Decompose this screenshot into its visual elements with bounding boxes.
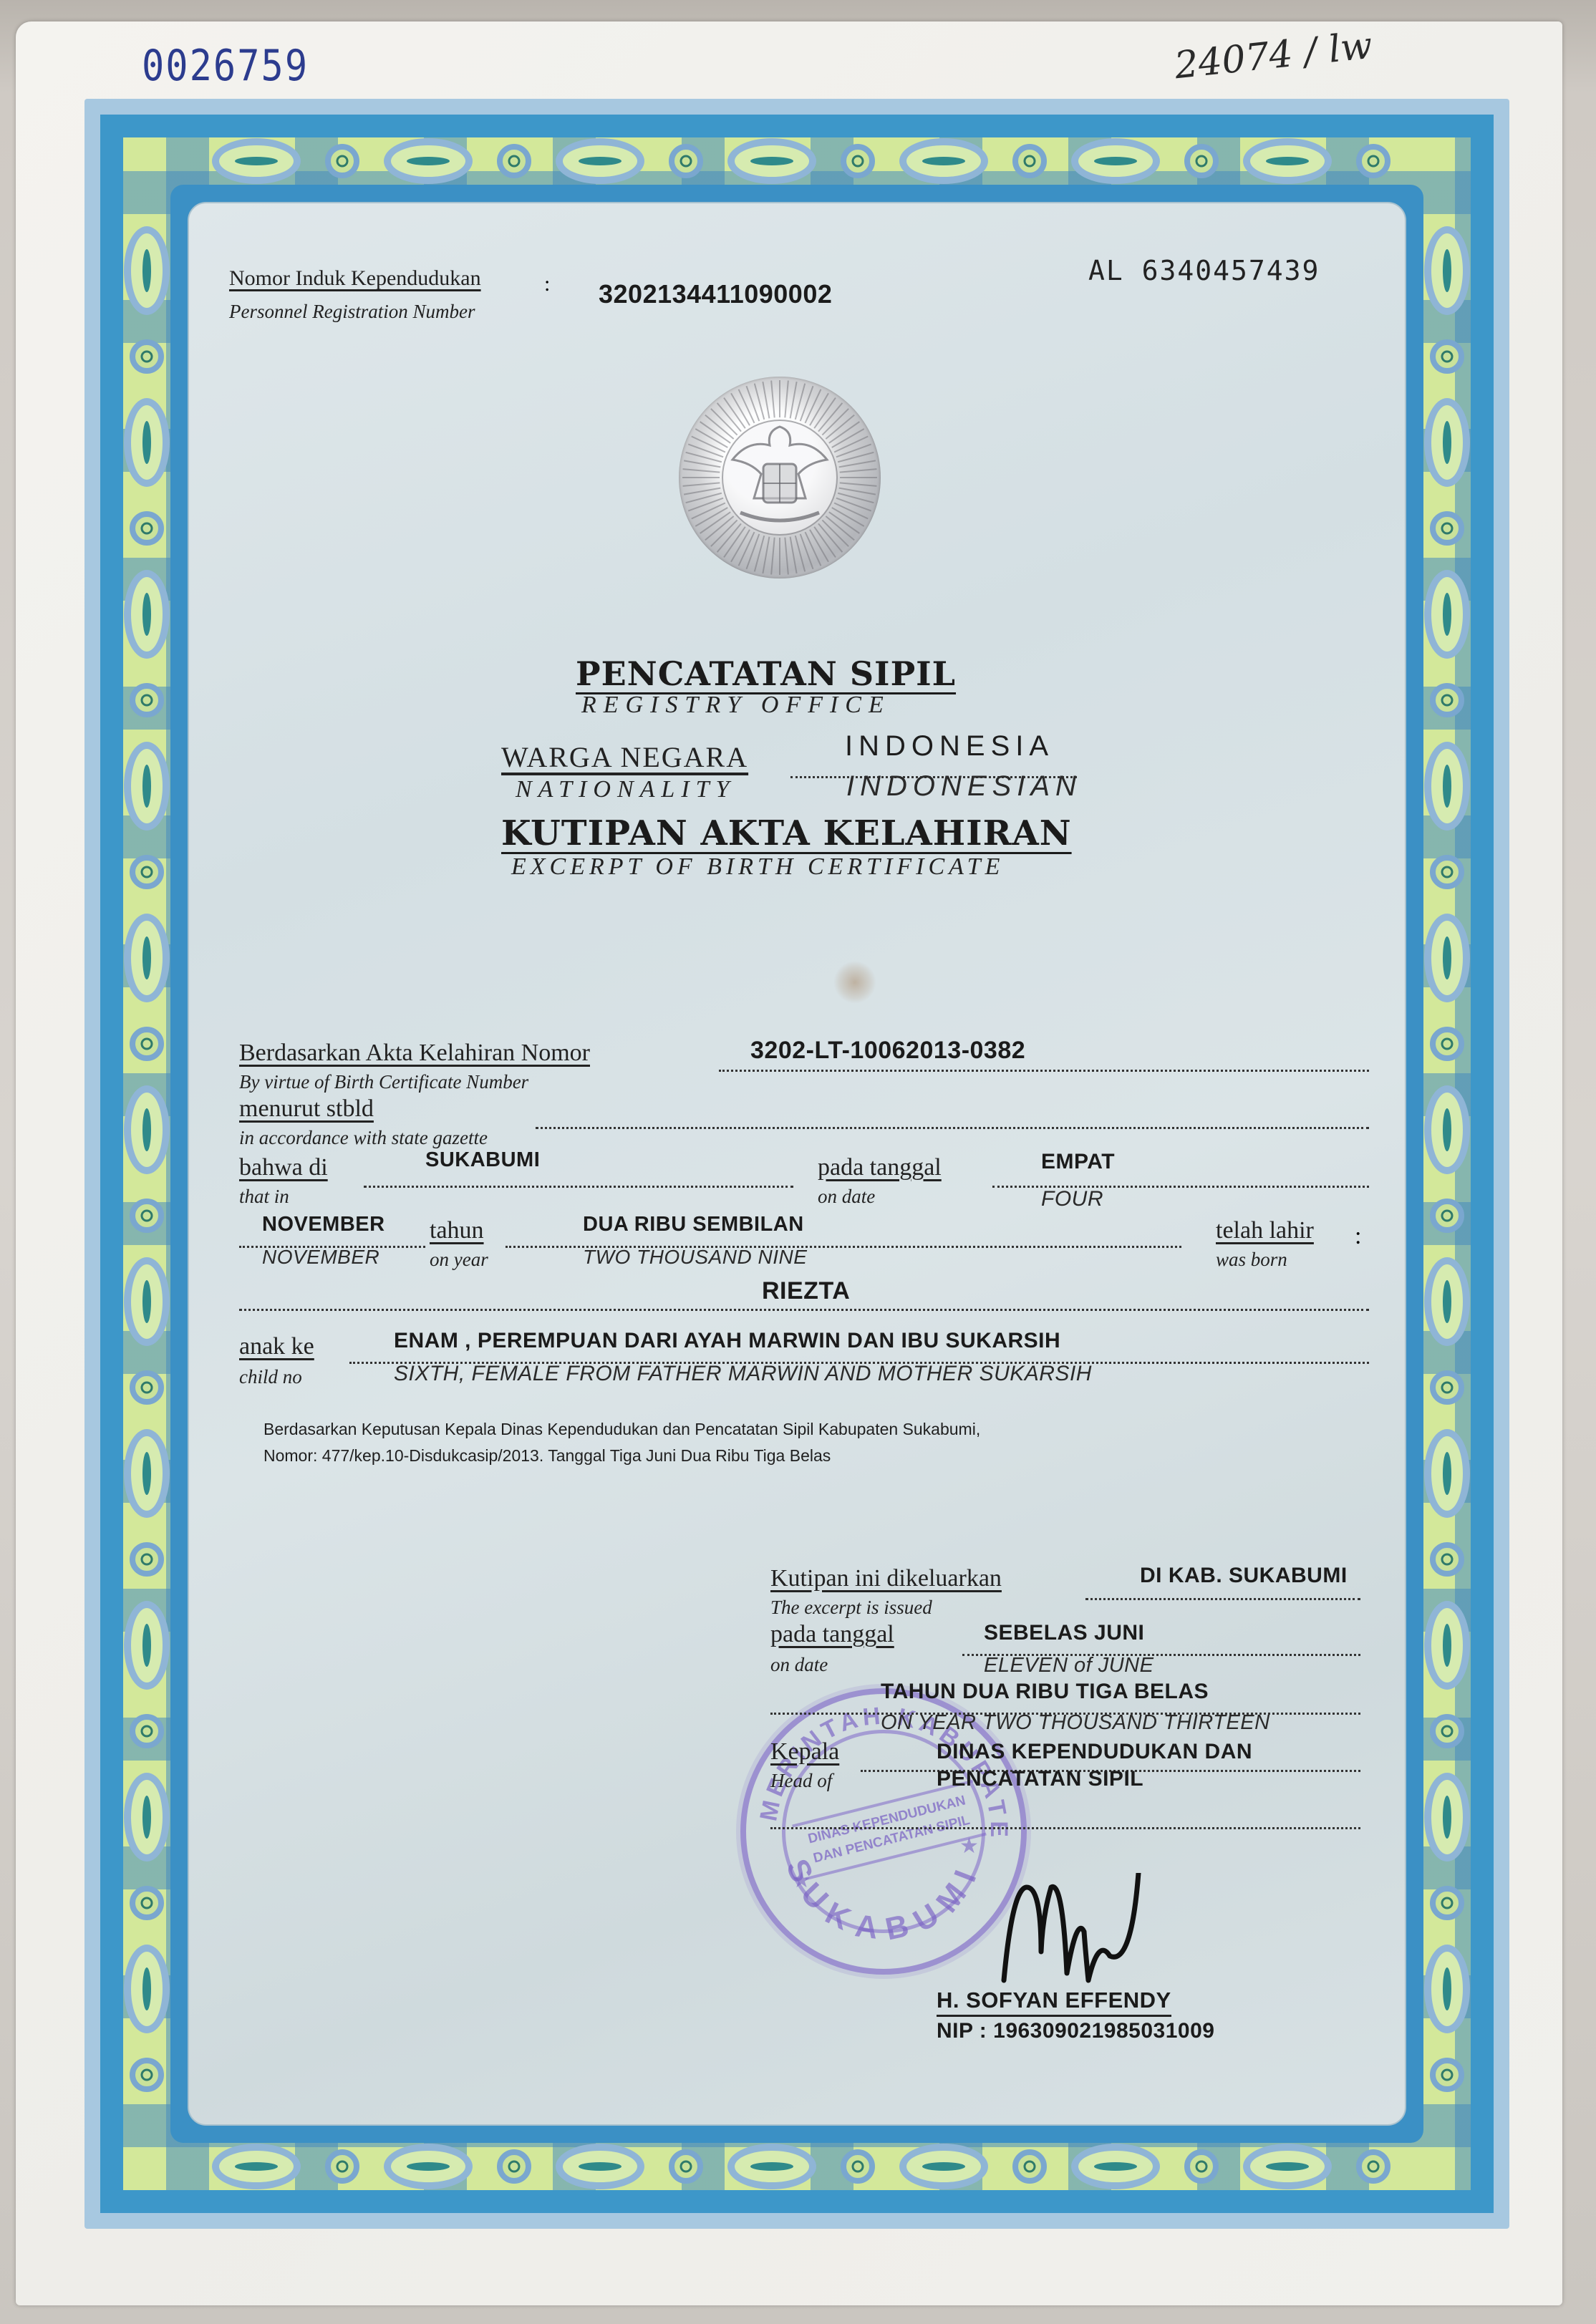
decree-line-2: Nomor: 477/kep.10-Disdukcasip/2013. Tang…	[263, 1443, 980, 1469]
child-no-value: ENAM , PEREMPUAN DARI AYAH MARWIN DAN IB…	[394, 1329, 1060, 1353]
nationality-label: WARGA NEGARA	[501, 740, 748, 774]
issued-value: DI KAB. SUKABUMI	[1140, 1564, 1348, 1588]
head-value-line-2: PENCATATAN SIPIL	[937, 1767, 1143, 1791]
nationality-value: INDONESIA	[845, 730, 1054, 762]
cert-number-label-en: By virtue of Birth Certificate Number	[239, 1071, 528, 1093]
birth-date-value: EMPAT	[1041, 1150, 1115, 1174]
nik-value: 3202134411090002	[599, 279, 832, 309]
child-name: RIEZTA	[762, 1277, 850, 1305]
decree-line-1: Berdasarkan Keputusan Kepala Dinas Kepen…	[263, 1416, 980, 1443]
child-no-label-en: child no	[239, 1366, 302, 1388]
birth-place-dotted-line	[364, 1186, 793, 1188]
was-born-colon: :	[1355, 1223, 1361, 1250]
cert-number-label: Berdasarkan Akta Kelahiran Nomor	[239, 1040, 590, 1067]
birth-date-label: pada tanggal	[818, 1154, 942, 1181]
birth-year-value: DUA RIBU SEMBILAN	[583, 1213, 804, 1236]
issued-dotted-line	[1085, 1598, 1360, 1600]
nationality-label-en: NATIONALITY	[516, 776, 735, 803]
head-value-line-1: DINAS KEPENDUDUKAN DAN	[937, 1740, 1252, 1764]
issue-date-value: SEBELAS JUNI	[984, 1621, 1144, 1645]
birth-year-label-en: on year	[430, 1249, 488, 1271]
child-no-value-en: SIXTH, FEMALE FROM FATHER MARWIN AND MOT…	[394, 1362, 1092, 1386]
head-label-en: Head of	[770, 1770, 832, 1792]
birth-year-value-en: TWO THOUSAND NINE	[583, 1246, 807, 1269]
birth-month-value-en: NOVEMBER	[262, 1246, 379, 1269]
signature-icon	[998, 1873, 1156, 1995]
office-title-en: REGISTRY OFFICE	[581, 692, 891, 719]
issue-date-value-en: ELEVEN of JUNE	[984, 1654, 1154, 1677]
stbld-label-en: in accordance with state gazette	[239, 1127, 488, 1149]
issue-year-value: TAHUN DUA RIBU TIGA BELAS	[881, 1680, 1209, 1704]
issued-label: Kutipan ini dikeluarkan	[770, 1565, 1002, 1592]
issue-date-label: pada tanggal	[770, 1621, 894, 1648]
nik-colon: :	[544, 272, 550, 296]
was-born-label-en: was born	[1216, 1249, 1287, 1271]
paper-stain	[833, 961, 876, 1004]
garuda-emblem-icon	[679, 377, 881, 578]
issue-date-label-en: on date	[770, 1654, 828, 1676]
form-code: AL 6340457439	[1088, 255, 1320, 286]
issue-year-value-en: ON YEAR TWO THOUSAND THIRTEEN	[881, 1711, 1270, 1735]
signatory-name: H. SOFYAN EFFENDY	[937, 1987, 1171, 2017]
cert-number-dotted-line	[719, 1070, 1369, 1072]
nik-label-en: Personnel Registration Number	[229, 301, 475, 323]
birth-month-value: NOVEMBER	[262, 1213, 385, 1236]
nik-label: Nomor Induk Kependudukan	[229, 266, 481, 291]
certificate-title: KUTIPAN AKTA KELAHIRAN	[501, 813, 1072, 853]
birth-date-label-en: on date	[818, 1186, 875, 1208]
stbld-dotted-line	[536, 1127, 1369, 1129]
birth-place-label-en: that in	[239, 1186, 289, 1208]
child-no-label: anak ke	[239, 1333, 314, 1360]
decree-text: Berdasarkan Keputusan Kepala Dinas Kepen…	[263, 1416, 980, 1469]
nationality-value-en: INDONESIAN	[846, 770, 1082, 803]
child-name-dotted-line	[239, 1309, 1369, 1311]
certificate-panel: Nomor Induk Kependudukan : Personnel Reg…	[188, 202, 1406, 2126]
stbld-label: menurut stbld	[239, 1095, 374, 1123]
issued-label-en: The excerpt is issued	[770, 1597, 932, 1619]
cert-number-value: 3202-LT-10062013-0382	[750, 1037, 1025, 1065]
birth-year-label: tahun	[430, 1217, 484, 1244]
office-title: PENCATATAN SIPIL	[576, 654, 956, 693]
signatory-nip: NIP : 196309021985031009	[937, 2019, 1214, 2043]
certificate-title-en: EXCERPT OF BIRTH CERTIFICATE	[511, 853, 1004, 881]
head-dotted-line-2	[770, 1827, 1360, 1829]
birth-date-value-en: FOUR	[1041, 1187, 1103, 1211]
birth-place-label: bahwa di	[239, 1154, 328, 1181]
was-born-label: telah lahir	[1216, 1217, 1314, 1244]
serial-number: 0026759	[142, 42, 309, 91]
birth-place-value: SUKABUMI	[425, 1148, 540, 1172]
head-label: Kepala	[770, 1738, 839, 1766]
